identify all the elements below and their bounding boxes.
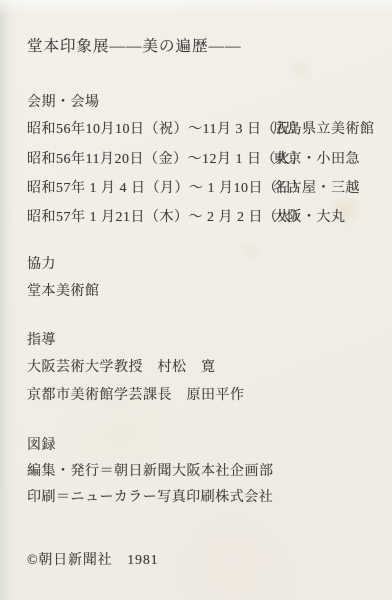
- scanned-page: 堂本印象展——美の遍歴—— 会期・会場 昭和56年10月10日（祝）〜11月 3…: [0, 0, 392, 600]
- cooperation-line: 堂本美術館: [27, 282, 382, 302]
- copyright-line: ©朝日新聞社 1981: [27, 551, 382, 571]
- schedule-period: 昭和56年10月10日（祝）〜11月 3 日（祝）: [27, 122, 305, 137]
- catalog-line: 印刷＝ニューカラー写真印刷株式会社: [27, 488, 382, 508]
- schedule-period: 昭和57年 1 月21日（木）〜 2 月 2 日（火）: [27, 210, 307, 225]
- section-heading-supervision: 指導: [27, 331, 382, 351]
- schedule-period: 昭和56年11月20日（金）〜12月 1 日（火）: [27, 152, 305, 167]
- supervision-line: 京都市美術館学芸課長 原田平作: [27, 386, 382, 406]
- schedule-venue: 大阪・大丸: [273, 208, 346, 228]
- section-heading-cooperation: 協力: [27, 255, 382, 275]
- schedule-row: 昭和57年 1 月21日（木）〜 2 月 2 日（火） 大阪・大丸: [27, 208, 382, 228]
- section-heading-schedule: 会期・会場: [27, 93, 382, 113]
- section-heading-catalog: 図録: [27, 436, 382, 456]
- schedule-venue: 名古屋・三越: [273, 179, 360, 199]
- schedule-row: 昭和56年11月20日（金）〜12月 1 日（火） 東京・小田急: [27, 150, 382, 170]
- schedule-row: 昭和56年10月10日（祝）〜11月 3 日（祝） 広島県立美術館: [27, 120, 382, 140]
- schedule-venue: 東京・小田急: [273, 150, 360, 170]
- supervision-line: 大阪芸術大学教授 村松 寛: [27, 358, 382, 378]
- schedule-row: 昭和57年 1 月 4 日（月）〜 1 月10日（日） 名古屋・三越: [27, 179, 382, 199]
- schedule-venue: 広島県立美術館: [273, 120, 375, 140]
- catalog-line: 編集・発行＝朝日新聞大阪本社企画部: [27, 462, 382, 482]
- schedule-period: 昭和57年 1 月 4 日（月）〜 1 月10日（日）: [27, 181, 307, 196]
- page-title: 堂本印象展——美の遍歴——: [27, 37, 382, 57]
